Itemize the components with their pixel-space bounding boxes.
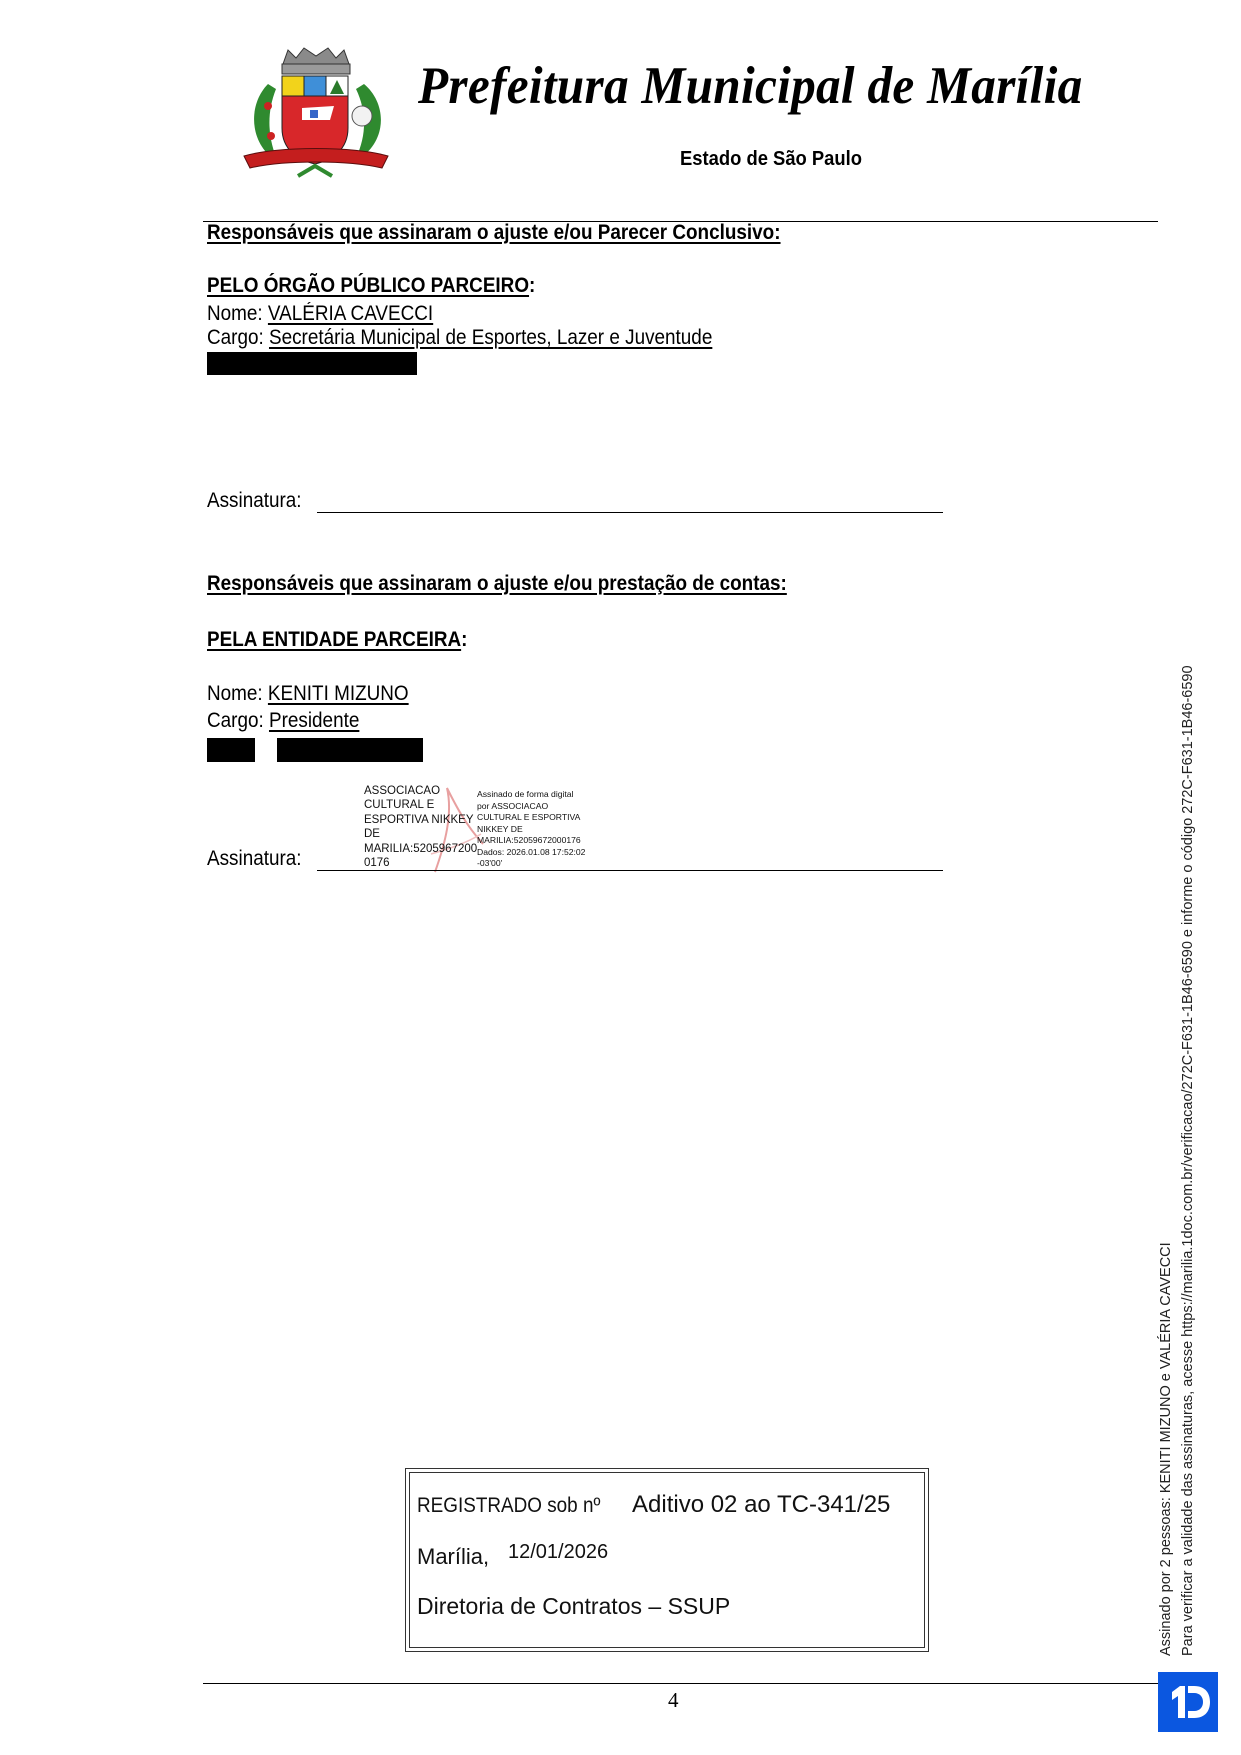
role-label: Cargo: [207,709,269,732]
party-label-public: PELO ÓRGÃO PÚBLICO PARCEIRO: [207,274,535,298]
name-value: VALÉRIA CAVECCI [268,302,433,325]
registration-date: 12/01/2026 [508,1541,608,1564]
side-stamp-signers: Assinado por 2 pessoas: KENITI MIZUNO e … [1158,1242,1174,1656]
redacted-field [277,738,423,762]
registration-city: Marília, [417,1544,489,1570]
footer-divider [203,1683,1158,1684]
role-value: Secretária Municipal de Esportes, Lazer … [269,326,712,349]
name-row-public: Nome: VALÉRIA CAVECCI [207,302,433,326]
detail-line: CULTURAL E ESPORTIVA [477,812,585,824]
party-label-text: PELA ENTIDADE PARCEIRA [207,628,461,651]
digital-signature-details: Assinado de forma digital por ASSOCIACAO… [477,789,585,870]
detail-line: Assinado de forma digital [477,789,585,801]
coat-of-arms-logo-icon [238,44,394,192]
1doc-badge[interactable] [1158,1672,1218,1732]
signature-line-partner [317,870,943,871]
detail-line: NIKKEY DE [477,824,585,836]
party-label-partner: PELA ENTIDADE PARCEIRA: [207,628,467,652]
side-stamp-verification: Para verificar a validade das assinatura… [1180,665,1196,1656]
registration-label: REGISTRADO sob nº [417,1494,600,1518]
signature-label-partner: Assinatura: [207,847,302,871]
redacted-field [207,738,255,762]
signer-line: ESPORTIVA NIKKEY [364,813,477,827]
name-row-partner: Nome: KENITI MIZUNO [207,682,409,706]
detail-line: Dados: 2026.01.08 17:52:02 [477,847,585,859]
detail-line: por ASSOCIACAO [477,801,585,813]
signature-line-public [317,512,943,513]
page-number: 4 [668,1688,679,1713]
signer-line: 0176 [364,856,477,870]
role-label: Cargo: [207,326,269,349]
role-row-partner: Cargo: Presidente [207,709,359,733]
detail-line: -03'00' [477,858,585,870]
role-value: Presidente [269,709,359,732]
party-label-text: PELO ÓRGÃO PÚBLICO PARCEIRO [207,274,529,297]
redacted-field [207,352,417,375]
section-heading-partner: Responsáveis que assinaram o ajuste e/ou… [207,572,787,596]
registration-department: Diretoria de Contratos – SSUP [417,1593,730,1620]
name-label: Nome: [207,302,268,325]
signer-line: ASSOCIACAO [364,784,477,798]
name-value: KENITI MIZUNO [268,682,409,705]
registration-number: Aditivo 02 ao TC-341/25 [632,1491,890,1519]
signer-line: MARILIA:5205967200 [364,842,477,856]
signer-line: DE [364,827,477,841]
page-title: Prefeitura Municipal de Marília [418,56,1083,116]
section-heading-public: Responsáveis que assinaram o ajuste e/ou… [207,221,781,245]
role-row-public: Cargo: Secretária Municipal de Esportes,… [207,326,712,350]
signer-line: CULTURAL E [364,798,477,812]
detail-line: MARILIA:52059672000176 [477,835,585,847]
party-label-colon: : [529,274,535,297]
digital-signature-signer: ASSOCIACAO CULTURAL E ESPORTIVA NIKKEY D… [364,784,477,870]
name-label: Nome: [207,682,268,705]
page-subtitle: Estado de São Paulo [680,148,862,171]
1doc-logo-icon [1158,1672,1218,1732]
signature-label-public: Assinatura: [207,489,302,513]
registration-box: REGISTRADO sob nº Aditivo 02 ao TC-341/2… [405,1468,929,1652]
party-label-colon: : [461,628,467,651]
